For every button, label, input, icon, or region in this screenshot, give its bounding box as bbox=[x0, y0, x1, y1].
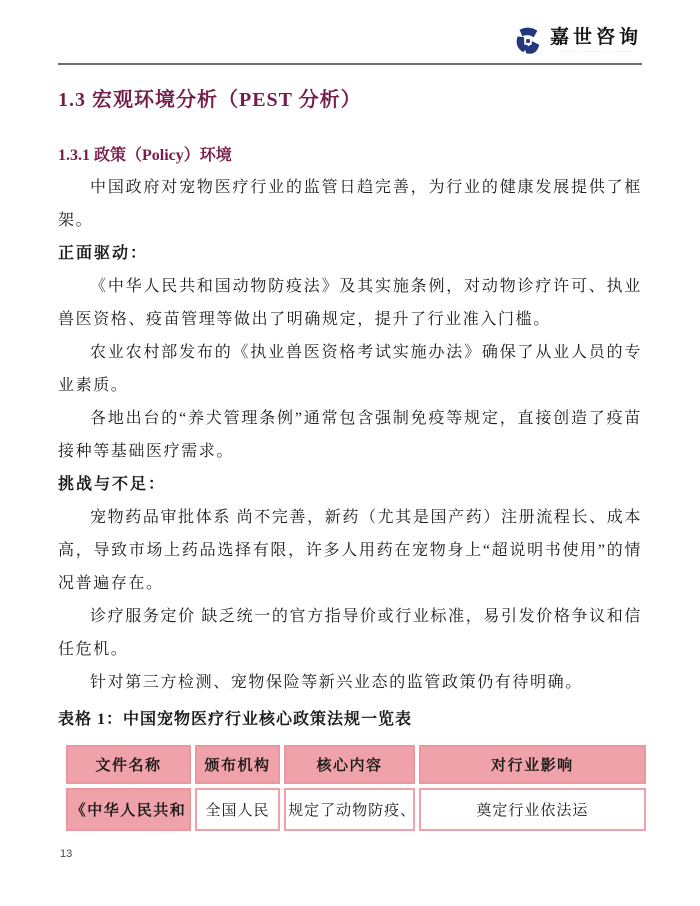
body-text: 中国政府对宠物医疗行业的监管日趋完善，为行业的健康发展提供了框架。 正面驱动： … bbox=[58, 171, 642, 699]
table-header-row: 文件名称 颁布机构 核心内容 对行业影响 bbox=[66, 745, 646, 784]
page-header: 嘉世咨询 ······· · ········ · ······· bbox=[58, 0, 642, 65]
cell-core-content: 规定了动物防疫、 bbox=[284, 788, 415, 831]
jiashi-emblem-icon bbox=[513, 25, 543, 57]
table-row: 《中华人民共和 全国人民 规定了动物防疫、 奠定行业依法运 bbox=[66, 788, 646, 831]
cell-industry-impact: 奠定行业依法运 bbox=[419, 788, 646, 831]
column-header-issuing-body: 颁布机构 bbox=[195, 745, 280, 784]
column-header-document-name: 文件名称 bbox=[66, 745, 191, 784]
column-header-industry-impact: 对行业影响 bbox=[419, 745, 646, 784]
label-positive-drivers: 正面驱动： bbox=[58, 237, 642, 270]
paragraph-intro: 中国政府对宠物医疗行业的监管日趋完善，为行业的健康发展提供了框架。 bbox=[58, 171, 642, 237]
logo: 嘉世咨询 ······· · ········ · ······· bbox=[58, 24, 642, 58]
column-header-core-content: 核心内容 bbox=[284, 745, 415, 784]
paragraph: 诊疗服务定价 缺乏统一的官方指导价或行业标准，易引发价格争议和信任危机。 bbox=[58, 600, 642, 666]
logo-text: 嘉世咨询 bbox=[550, 27, 642, 49]
header-divider bbox=[58, 63, 642, 65]
paragraph: 农业农村部发布的《执业兽医资格考试实施办法》确保了从业人员的专业素质。 bbox=[58, 336, 642, 402]
subsection-title: 1.3.1 政策（Policy）环境 bbox=[58, 145, 642, 167]
paragraph: 《中华人民共和国动物防疫法》及其实施条例，对动物诊疗许可、执业兽医资格、疫苗管理… bbox=[58, 270, 642, 336]
cell-document-name: 《中华人民共和 bbox=[66, 788, 191, 831]
section-title: 1.3 宏观环境分析（PEST 分析） bbox=[58, 87, 642, 113]
document-page: 嘉世咨询 ······· · ········ · ······· 1.3 宏观… bbox=[0, 0, 700, 906]
label-challenges: 挑战与不足： bbox=[58, 468, 642, 501]
paragraph: 针对第三方检测、宠物保险等新兴业态的监管政策仍有待明确。 bbox=[58, 666, 642, 699]
paragraph: 各地出台的“养犬管理条例”通常包含强制免疫等规定，直接创造了疫苗接种等基础医疗需… bbox=[58, 402, 642, 468]
policy-table: 文件名称 颁布机构 核心内容 对行业影响 《中华人民共和 全国人民 规定了动物防… bbox=[62, 741, 650, 835]
cell-issuing-body: 全国人民 bbox=[195, 788, 280, 831]
page-number: 13 bbox=[60, 848, 72, 860]
logo-tagline: ······· · ········ · ······· bbox=[559, 49, 633, 55]
paragraph: 宠物药品审批体系 尚不完善，新药（尤其是国产药）注册流程长、成本高，导致市场上药… bbox=[58, 501, 642, 600]
table-caption: 表格 1：中国宠物医疗行业核心政策法规一览表 bbox=[58, 707, 642, 733]
